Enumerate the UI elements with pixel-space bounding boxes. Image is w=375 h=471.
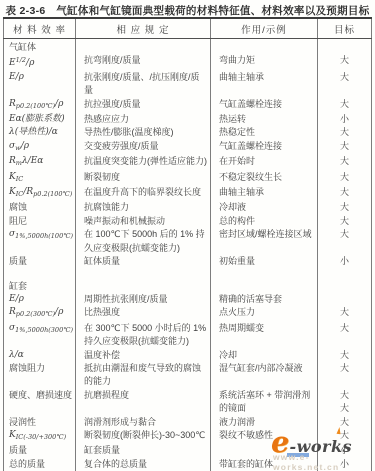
spacer-row: [4, 269, 372, 278]
column-header-material-efficiency: 材 料 效 率: [4, 18, 76, 39]
table-row: 硬度、磨损速度抗磨损程度系统活塞环 + 带润滑剂的镜面大 大: [4, 389, 372, 416]
cell-specification: 缸套质量: [76, 444, 211, 457]
cell-target: 大: [318, 54, 372, 70]
cell-material-efficiency: Rp0.2(300℃)/ρ: [4, 306, 76, 321]
table-row: Rp0.2(300℃)/ρ比热强度点火压力大: [4, 306, 372, 321]
table-title: 表 2-3-6 气缸体和气缸镜面典型载荷的材料特征值、材料效率以及预期目标: [0, 3, 375, 18]
table-row: KIC(-30/+300℃)断裂韧度(断裂伸长)-30~300℃裂纹不敏感性大: [4, 429, 372, 444]
cell-material-efficiency: E/ρ: [4, 293, 76, 306]
cell-example: 精确的活塞导套: [211, 293, 318, 306]
table-body: 气缸体E1/2/ρ抗弯刚度/质量弯曲力矩大E/ρ抗张刚度/质量、/抗压刚度/质量…: [4, 39, 372, 471]
cell-material-efficiency: Rmλ/Eα: [4, 155, 76, 170]
cell-material-efficiency: 总的质量: [4, 458, 76, 471]
cell-target: 大: [318, 228, 372, 255]
cell-specification: 复合体的总质量: [76, 458, 211, 471]
table-row: λ/α温度补偿冷却大: [4, 349, 372, 362]
cell-specification: 比热强度: [76, 306, 211, 321]
cell-example: 热稳定性: [211, 126, 318, 139]
cell-target: 大: [318, 322, 372, 349]
column-header-target: 目标: [318, 18, 372, 39]
cell-example: 曲轴主轴承: [211, 71, 318, 98]
cell-material-efficiency: Rp0.2(100℃)/ρ: [4, 98, 76, 113]
table-row: σ1%,5000h(100℃)在 100℃下 5000h 后的 1% 持久应变极…: [4, 228, 372, 255]
cell-target: 大: [318, 201, 372, 214]
cell-material-efficiency: 腐蚀: [4, 201, 76, 214]
cell-example: 裂纹不敏感性: [211, 429, 318, 444]
cell-material-efficiency: λ(导热性)/α: [4, 126, 76, 139]
cell-specification: 周期性抗张刚度/质量: [76, 293, 211, 306]
cell-example: 弯曲力矩: [211, 54, 318, 70]
section-row: 气缸体: [4, 39, 372, 55]
cell-specification: [76, 278, 211, 293]
cell-material-efficiency: 阻尼: [4, 215, 76, 228]
column-header-example: 作用/示例: [211, 18, 318, 39]
cell-material-efficiency: σ1%,5000h(300℃): [4, 322, 76, 349]
cell-target: 大: [318, 155, 372, 170]
cell-material-efficiency: KIC(-30/+300℃): [4, 429, 76, 444]
cell-target: 大: [318, 171, 372, 186]
cell-example: 系统活塞环 + 带润滑剂的镜面: [211, 389, 318, 416]
cell-specification: 在温度升高下的临界裂纹长度: [76, 186, 211, 201]
cell-specification: [76, 39, 211, 55]
cell-specification: 抗腐蚀能力: [76, 201, 211, 214]
cell-specification: 润滑剂形成与黏合: [76, 416, 211, 429]
cell-specification: 抗张刚度/质量、/抗压刚度/质量: [76, 71, 211, 98]
cell-example: 不稳定裂纹生长: [211, 171, 318, 186]
cell-material-efficiency: λ/α: [4, 349, 76, 362]
cell-target: [318, 293, 372, 306]
cell-specification: 交变疲劳强度/质量: [76, 140, 211, 155]
cell-example: 气缸盖螺栓连接: [211, 98, 318, 113]
cell-material-efficiency: E1/2/ρ: [4, 54, 76, 70]
cell-specification: 抗弯刚度/质量: [76, 54, 211, 70]
cell-example: 气缸盖螺栓连接: [211, 140, 318, 155]
table-row: Eα(膨胀系数)热感应应力热运转小: [4, 113, 372, 126]
material-efficiency-table: 材 料 效 率 相 应 规 定 作用/示例 目标 气缸体E1/2/ρ抗弯刚度/质…: [3, 17, 372, 471]
cell-target: 大 大: [318, 389, 372, 416]
cell-material-efficiency: KIC/Rp0.2(100℃): [4, 186, 76, 201]
cell-example: 冷却液: [211, 201, 318, 214]
table-row: 腐蚀抗腐蚀能力冷却液大: [4, 201, 372, 214]
cell-specification: 在 100℃下 5000h 后的 1% 持久应变极限(抗蠕变能力): [76, 228, 211, 255]
cell-target: 大: [318, 349, 372, 362]
table-row: σ1%,5000h(300℃)在 300℃下 5000 小时后的 1% 持久应变…: [4, 322, 372, 349]
cell-material-efficiency: 腐蚀阻力: [4, 362, 76, 389]
cell-target: 大: [318, 215, 372, 228]
cell-target: 小: [318, 444, 372, 457]
cell-example: 液力润滑: [211, 416, 318, 429]
table-row: KIC断裂韧度不稳定裂纹生长大: [4, 171, 372, 186]
cell-target: 大: [318, 98, 372, 113]
cell-material-efficiency: 缸套: [4, 278, 76, 293]
header-row: 材 料 效 率 相 应 规 定 作用/示例 目标: [4, 18, 372, 39]
table-row: 腐蚀阻力抵抗由潮湿和废气导致的腐蚀的能力湿气缸套/内部冷凝液大: [4, 362, 372, 389]
table-row: E1/2/ρ抗弯刚度/质量弯曲力矩大: [4, 54, 372, 70]
table-row: 质量缸套质量小: [4, 444, 372, 457]
table-row: 浸润性润滑剂形成与黏合液力润滑大: [4, 416, 372, 429]
cell-material-efficiency: σw/ρ: [4, 140, 76, 155]
cell-example: 总的构件: [211, 215, 318, 228]
cell-example: [211, 444, 318, 457]
cell-target: 大: [318, 186, 372, 201]
cell-target: 大: [318, 362, 372, 389]
cell-specification: 抗温度突变能力(弹性适应能力): [76, 155, 211, 170]
column-header-specification: 相 应 规 定: [76, 18, 211, 39]
cell-material-efficiency: KIC: [4, 171, 76, 186]
cell-example: 曲轴主轴承: [211, 186, 318, 201]
cell-target: 大: [318, 140, 372, 155]
cell-material-efficiency: 硬度、磨损速度: [4, 389, 76, 416]
cell-example: 密封区域/螺栓连接区域: [211, 228, 318, 255]
table-row: 阻尼噪声振动和机械振动总的构件大: [4, 215, 372, 228]
cell-material-efficiency: 质量: [4, 444, 76, 457]
cell-specification: 温度补偿: [76, 349, 211, 362]
cell-specification: [76, 269, 211, 278]
cell-specification: 抗磨损程度: [76, 389, 211, 416]
cell-example: [211, 269, 318, 278]
section-row: 缸套: [4, 278, 372, 293]
cell-specification: 断裂韧度: [76, 171, 211, 186]
cell-specification: 缸体质量: [76, 255, 211, 268]
cell-material-efficiency: σ1%,5000h(100℃): [4, 228, 76, 255]
cell-example: 点火压力: [211, 306, 318, 321]
cell-target: [318, 39, 372, 55]
cell-example: [211, 39, 318, 55]
cell-example: 初始重量: [211, 255, 318, 268]
cell-specification: 抵抗由潮湿和废气导致的腐蚀的能力: [76, 362, 211, 389]
cell-material-efficiency: 气缸体: [4, 39, 76, 55]
cell-target: 小: [318, 113, 372, 126]
table-row: Rmλ/Eα抗温度突变能力(弹性适应能力)在开始时大: [4, 155, 372, 170]
cell-specification: 断裂韧度(断裂伸长)-30~300℃: [76, 429, 211, 444]
cell-specification: 在 300℃下 5000 小时后的 1% 持久应变极限(抗蠕变能力): [76, 322, 211, 349]
cell-example: 热周期蠕变: [211, 322, 318, 349]
cell-material-efficiency: [4, 269, 76, 278]
cell-material-efficiency: E/ρ: [4, 71, 76, 98]
table-row: 质量缸体质量初始重量小: [4, 255, 372, 268]
cell-material-efficiency: 质量: [4, 255, 76, 268]
table-row: Rp0.2(100℃)/ρ抗拉强度/质量气缸盖螺栓连接大: [4, 98, 372, 113]
table-row: σw/ρ交变疲劳强度/质量气缸盖螺栓连接大: [4, 140, 372, 155]
cell-example: 热运转: [211, 113, 318, 126]
table-row: E/ρ周期性抗张刚度/质量精确的活塞导套: [4, 293, 372, 306]
table-header: 材 料 效 率 相 应 规 定 作用/示例 目标: [4, 18, 372, 39]
cell-target: 大: [318, 306, 372, 321]
table-row: E/ρ抗张刚度/质量、/抗压刚度/质量曲轴主轴承大: [4, 71, 372, 98]
table-row: λ(导热性)/α导热性/膨胀(温度梯度)热稳定性大: [4, 126, 372, 139]
cell-example: 冷却: [211, 349, 318, 362]
cell-target: 大: [318, 416, 372, 429]
cell-specification: 抗拉强度/质量: [76, 98, 211, 113]
cell-target: 大: [318, 71, 372, 98]
cell-target: [318, 278, 372, 293]
cell-target: 小: [318, 255, 372, 268]
cell-target: 大: [318, 429, 372, 444]
cell-specification: 噪声振动和机械振动: [76, 215, 211, 228]
cell-target: 小: [318, 458, 372, 471]
cell-specification: 导热性/膨胀(温度梯度): [76, 126, 211, 139]
scanned-document-page: 表 2-3-6 气缸体和气缸镜面典型载荷的材料特征值、材料效率以及预期目标 材 …: [0, 0, 375, 471]
cell-example: 带缸套的缸体: [211, 458, 318, 471]
cell-example: 湿气缸套/内部冷凝液: [211, 362, 318, 389]
cell-example: 在开始时: [211, 155, 318, 170]
cell-specification: 热感应应力: [76, 113, 211, 126]
table-row: 总的质量复合体的总质量带缸套的缸体小: [4, 458, 372, 471]
cell-example: [211, 278, 318, 293]
cell-target: [318, 269, 372, 278]
cell-material-efficiency: Eα(膨胀系数): [4, 113, 76, 126]
table-row: KIC/Rp0.2(100℃)在温度升高下的临界裂纹长度曲轴主轴承大: [4, 186, 372, 201]
cell-material-efficiency: 浸润性: [4, 416, 76, 429]
cell-target: 大: [318, 126, 372, 139]
